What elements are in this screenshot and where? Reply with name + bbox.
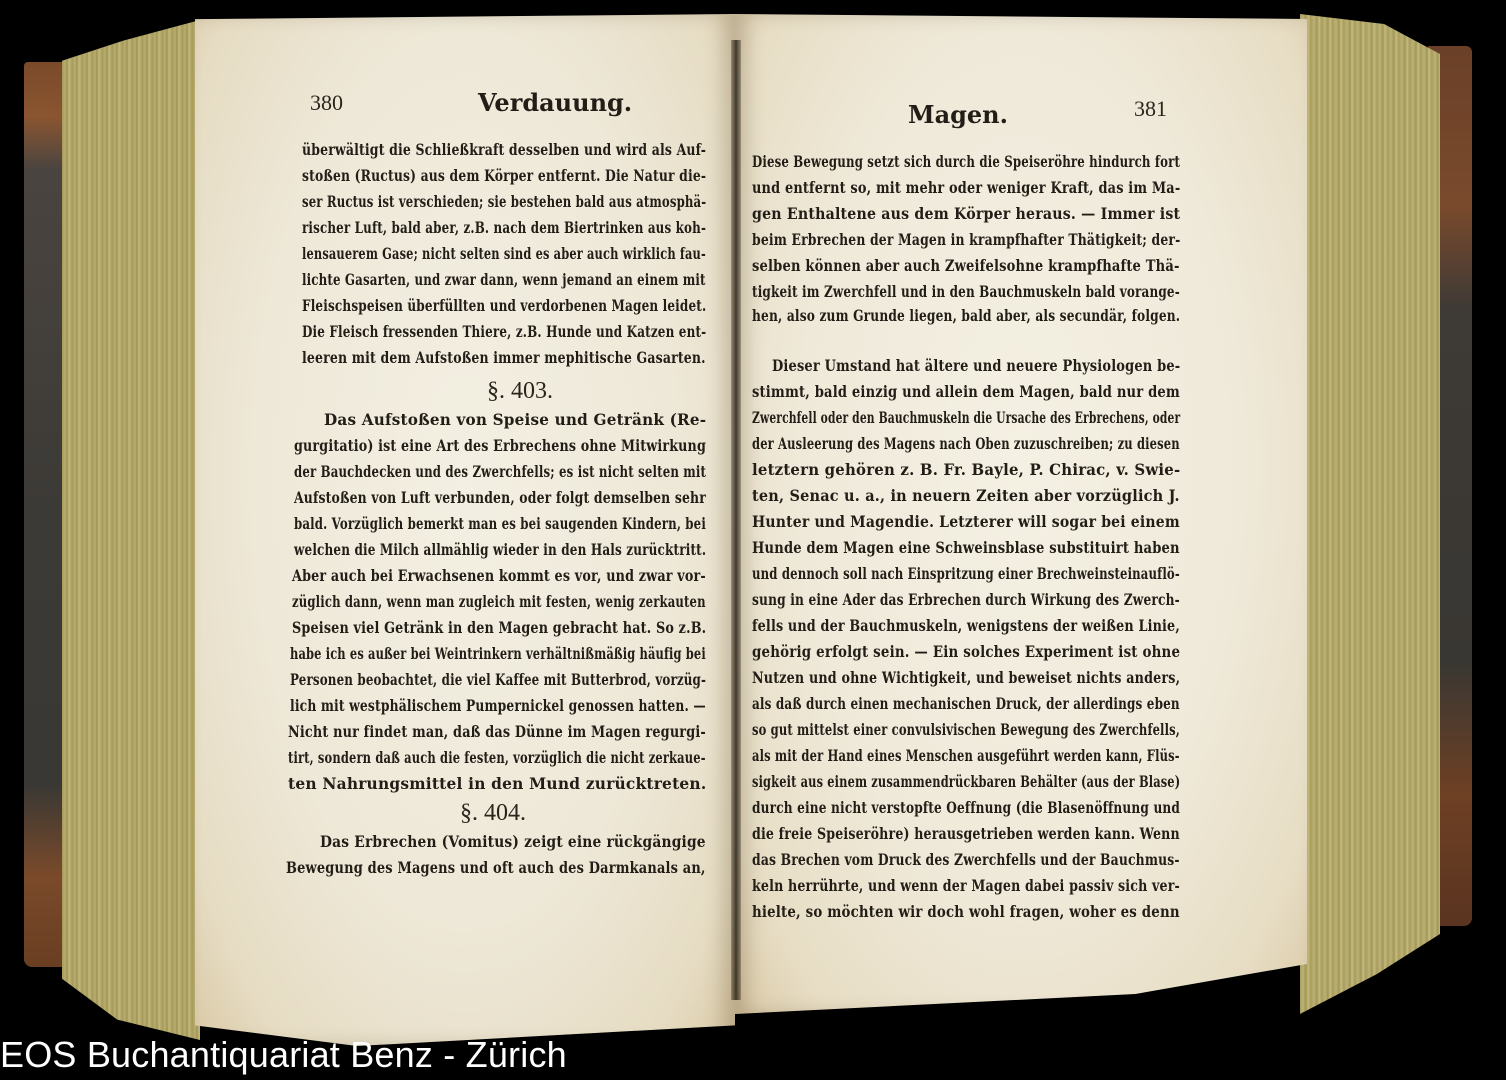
text-line: Hunde dem Magen eine Schweinsblase subst… bbox=[752, 538, 1180, 557]
text-line: selben können aber auch Zweifelsohne kra… bbox=[752, 256, 1180, 275]
section-heading-403: §. 403. bbox=[487, 378, 553, 405]
text-line: fells und der Bauchmuskeln, wenigstens d… bbox=[752, 616, 1180, 635]
page-edges-left bbox=[62, 20, 200, 1040]
text-line: gehörig erfolgt sein. — Ein solches Expe… bbox=[752, 642, 1180, 661]
text-line: Zwerchfell oder den Bauchmuskeln die Urs… bbox=[752, 408, 1180, 427]
text-line: Dieser Umstand hat ältere und neuere Phy… bbox=[772, 356, 1180, 375]
text-line: rischer Luft, bald aber, z.B. nach dem B… bbox=[302, 218, 706, 237]
text-line: welchen die Milch allmählig wieder in de… bbox=[294, 540, 706, 559]
watermark-text: EOS Buchantiquariat Benz - Zürich bbox=[0, 1034, 567, 1076]
text-line: lensauerem Gase; nicht selten sind es ab… bbox=[302, 244, 706, 263]
text-line: hen, also zum Grunde liegen, bald aber, … bbox=[752, 306, 1180, 325]
text-line: beim Erbrechen der Magen in krampfhafter… bbox=[752, 230, 1180, 249]
section-heading-404: §. 404. bbox=[460, 800, 526, 827]
text-line: stoßen (Ructus) aus dem Körper entfernt.… bbox=[302, 166, 706, 185]
book-gutter bbox=[731, 40, 741, 1000]
text-line: durch eine nicht verstopfte Oeffnung (di… bbox=[752, 798, 1180, 817]
text-line: Nutzen und ohne Wichtigkeit, und beweise… bbox=[752, 668, 1180, 687]
text-line: die freie Speiseröhre) herausgetrieben w… bbox=[752, 824, 1180, 843]
text-line: das Brechen vom Druck des Zwerchfells un… bbox=[752, 850, 1180, 869]
text-line: stimmt, bald einzig und allein dem Magen… bbox=[752, 382, 1180, 401]
text-line: Personen beobachtet, die viel Kaffee mit… bbox=[290, 670, 706, 689]
text-line: tirt, sondern daß auch die festen, vorzü… bbox=[288, 748, 706, 767]
text-line: der Bauchdecken und des Zwerchfells; es … bbox=[294, 462, 706, 481]
text-line: bald. Vorzüglich bemerkt man es bei saug… bbox=[294, 514, 706, 533]
text-line: Die Fleisch fressenden Thiere, z.B. Hund… bbox=[302, 322, 706, 341]
text-line: und entfernt so, mit mehr oder weniger K… bbox=[752, 178, 1180, 197]
text-line: Diese Bewegung setzt sich durch die Spei… bbox=[752, 152, 1180, 171]
text-line: züglich dann, wenn man zugleich mit fest… bbox=[292, 592, 706, 611]
text-line: sung in eine Ader das Erbrechen durch Wi… bbox=[752, 590, 1180, 609]
text-line: ser Ructus ist verschieden; sie bestehen… bbox=[302, 192, 706, 211]
text-line: hielte, so möchten wir doch wohl fragen,… bbox=[752, 902, 1180, 921]
text-line: und dennoch soll nach Einspritzung einer… bbox=[752, 564, 1180, 583]
text-line: ten Nahrungsmittel in den Mund zurücktre… bbox=[288, 774, 706, 793]
text-line: lichte Gasarten, und zwar dann, wenn jem… bbox=[302, 270, 706, 289]
text-line: so gut mittelst einer convulsivischen Be… bbox=[752, 720, 1180, 739]
text-line: Das Aufstoßen von Speise und Getränk (Re… bbox=[324, 410, 706, 429]
text-line: Speisen viel Getränk in den Magen gebrac… bbox=[292, 618, 706, 637]
text-line: Nicht nur findet man, daß das Dünne im M… bbox=[288, 722, 706, 741]
page-number-left: 380 bbox=[310, 90, 343, 116]
text-line: als mit der Hand eines Menschen ausgefüh… bbox=[752, 746, 1180, 765]
text-line: Aufstoßen von Luft verbunden, oder folgt… bbox=[294, 488, 706, 507]
text-line: als daß durch einen mechanischen Druck, … bbox=[752, 694, 1180, 713]
text-line: Das Erbrechen (Vomitus) zeigt eine rückg… bbox=[320, 832, 706, 851]
page-number-right: 381 bbox=[1134, 96, 1167, 122]
text-line: leeren mit dem Aufstoßen immer mephitisc… bbox=[302, 348, 706, 367]
text-line: keln herrührte, und wenn der Magen dabei… bbox=[752, 876, 1180, 895]
page-edges-right bbox=[1300, 14, 1440, 1014]
text-line: Aber auch bei Erwachsenen kommt es vor, … bbox=[292, 566, 706, 585]
text-line: ten, Senac u. a., in neuern Zeiten aber … bbox=[752, 486, 1180, 505]
text-line: letztern gehören z. B. Fr. Bayle, P. Chi… bbox=[752, 460, 1180, 479]
text-line: habe ich es außer bei Weintrinkern verhä… bbox=[290, 644, 706, 663]
running-head-left: Verdauung. bbox=[478, 88, 632, 117]
text-line: lich mit westphälischem Pumpernickel gen… bbox=[290, 696, 706, 715]
text-line: tigkeit im Zwerchfell und in den Bauchmu… bbox=[752, 282, 1180, 301]
text-line: Bewegung des Magens und oft auch des Dar… bbox=[286, 858, 706, 877]
text-line: Fleischspeisen überfüllten und verdorben… bbox=[302, 296, 706, 315]
text-line: überwältigt die Schließkraft desselben u… bbox=[302, 140, 706, 159]
running-head-right: Magen. bbox=[908, 100, 1008, 129]
text-line: Hunter und Magendie. Letzterer will soga… bbox=[752, 512, 1180, 531]
text-line: gen Enthaltene aus dem Körper heraus. — … bbox=[752, 204, 1180, 223]
text-line: der Ausleerung des Magens nach Oben zuzu… bbox=[752, 434, 1180, 453]
text-line: sigkeit aus einem zusammendrückbaren Beh… bbox=[752, 772, 1180, 791]
text-line: gurgitatio) ist eine Art des Erbrechens … bbox=[294, 436, 706, 455]
